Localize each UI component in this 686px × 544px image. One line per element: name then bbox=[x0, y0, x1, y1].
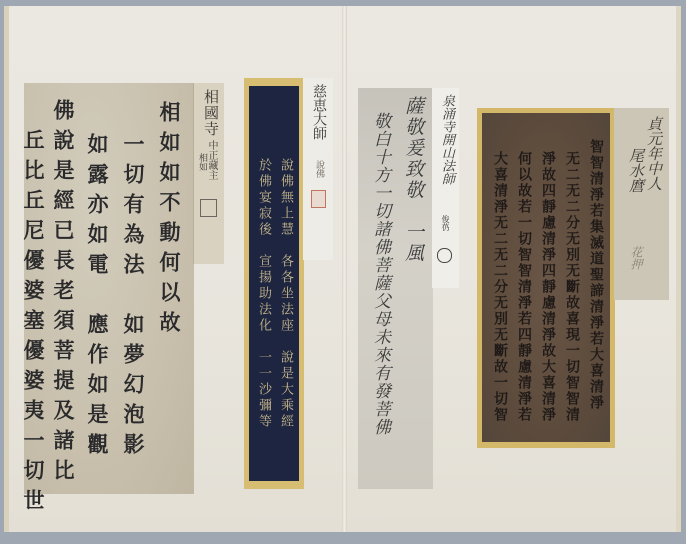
label-sub: 說佛 bbox=[313, 160, 326, 178]
attribution-label-3: 泉涌寺開山法師 俊芿 bbox=[432, 88, 459, 288]
attribution-label-2: 慈恵大師 說佛 bbox=[303, 78, 333, 260]
signature-mark: 花押 bbox=[628, 246, 645, 270]
attribution-label-4: 貞元年中人 尾水麿 花押 bbox=[614, 108, 669, 300]
label-main: 慈恵大師 bbox=[309, 84, 329, 140]
text-column: 无二无二分无別无斷故喜現一切智智清 bbox=[562, 151, 582, 423]
calligraphy-fragment-1: 相如如不動何以故 一切有為法 如夢幻泡影 如露亦如電 應作如是觀 佛說是經已長老… bbox=[24, 83, 194, 494]
label-sub: 尾水麿 bbox=[626, 148, 647, 193]
seal-stamp-icon bbox=[311, 190, 326, 208]
text-column: 大喜清淨无二无二分无別无斷故一切智 bbox=[490, 151, 510, 423]
seal-stamp-icon bbox=[200, 199, 217, 217]
text-column: 何以故若一切智智清淨若四靜慮清淨若 bbox=[514, 151, 534, 423]
indigo-paper: 說佛無上慧 各各坐法座 說是大乘經 於佛宴寂後 宣揚助法化 一一沙彌等 bbox=[249, 86, 299, 481]
text-column: 一切有為法 如夢幻泡影 bbox=[118, 133, 148, 463]
text-column: 敬白十方一切諸佛菩薩父母未來有發菩佛 bbox=[368, 112, 393, 436]
album-center-fold bbox=[342, 6, 347, 532]
text-column: 淨故四靜慮清淨四靜慮清淨故大喜清淨 bbox=[538, 151, 558, 423]
text-column: 丘比丘尼優婆塞優婆夷一切世 bbox=[18, 129, 48, 519]
label-main: 貞元年中人 bbox=[644, 116, 665, 191]
calligraphy-fragment-4: 智智清淨若集滅道聖諦清淨若大喜清淨 无二无二分无別无斷故喜現一切智智清 淨故四靜… bbox=[477, 108, 615, 448]
label-sub: 俊芿 bbox=[440, 215, 451, 231]
text-column: 相如如不動何以故 bbox=[154, 101, 184, 341]
attribution-label-1: 相國寺 中正藏主 相如 bbox=[193, 83, 224, 264]
calligraphy-fragment-2: 說佛無上慧 各各坐法座 說是大乘經 於佛宴寂後 宣揚助法化 一一沙彌等 bbox=[244, 78, 304, 489]
text-column: 薩敬爰致敬 一風 bbox=[400, 96, 427, 264]
label-sub: 相如 bbox=[196, 153, 209, 171]
calligraphy-fragment-3: 薩敬爰致敬 一風 敬白十方一切諸佛菩薩父母未來有發菩佛 bbox=[358, 88, 433, 489]
text-column: 如露亦如電 應作如是觀 bbox=[82, 133, 112, 463]
text-column: 於佛宴寂後 宣揚助法化 一一沙彌等 bbox=[254, 158, 273, 430]
label-main: 相國寺 bbox=[201, 89, 222, 137]
brown-paper: 智智清淨若集滅道聖諦清淨若大喜清淨 无二无二分无別无斷故喜現一切智智清 淨故四靜… bbox=[482, 113, 610, 442]
text-column: 說佛無上慧 各各坐法座 說是大乘經 bbox=[276, 158, 295, 430]
seal-stamp-icon bbox=[437, 248, 452, 263]
text-column: 智智清淨若集滅道聖諦清淨若大喜清淨 bbox=[586, 139, 606, 411]
label-main: 泉涌寺開山法師 bbox=[437, 94, 456, 185]
text-column: 佛說是經已長老須菩提及諸比 bbox=[48, 99, 78, 489]
